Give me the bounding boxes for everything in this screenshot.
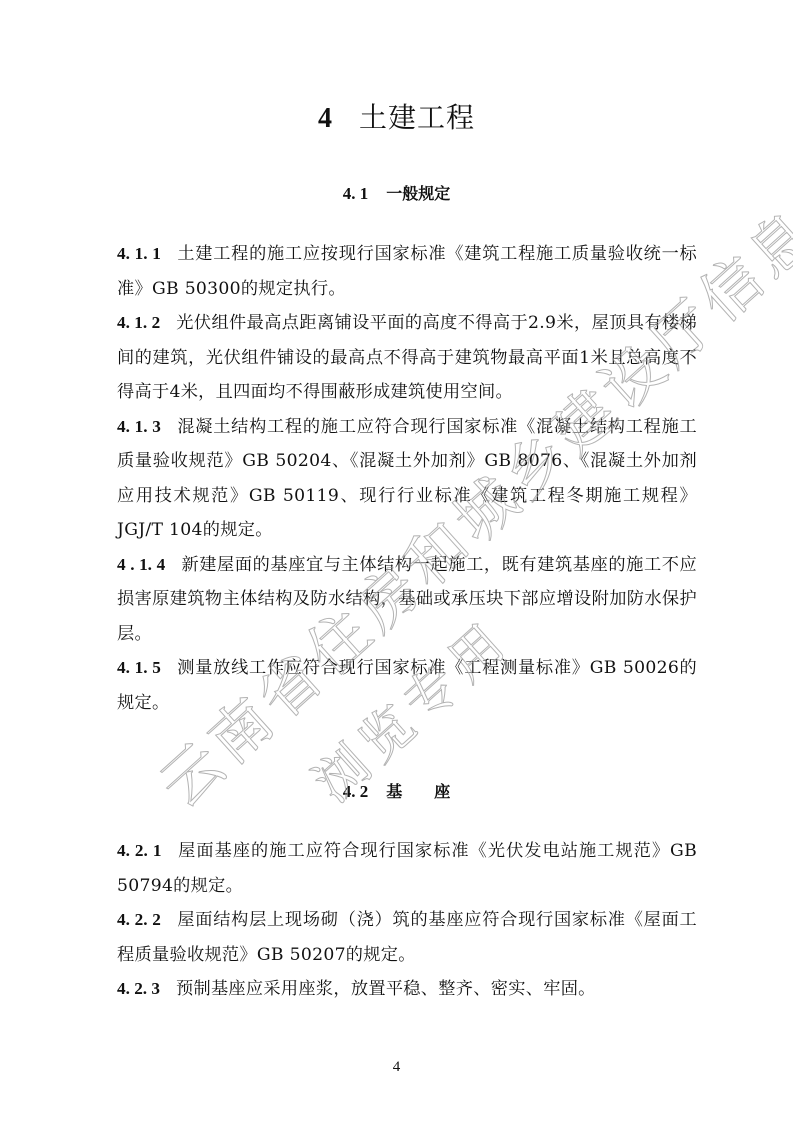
clause-4-2-2: 4. 2. 2屋面结构层上现场砌（浇）筑的基座应符合现行国家标准《屋面工程质量验… [117,903,697,972]
chapter-title: 土建工程 [359,101,475,134]
section-title: 基 座 [386,782,450,801]
section-4-1-body: 4. 1. 1土建工程的施工应按现行国家标准《建筑工程施工质量验收统一标准》GB… [117,237,697,720]
section-number: 4. 1 [343,184,369,203]
section-heading-4-1: 4. 1一般规定 [0,181,793,204]
clause-text: 光伏组件最高点距离铺设平面的高度不得高于2.9米，屋顶具有楼梯间的建筑，光伏组件… [117,313,697,402]
clause-number: 4. 2. 2 [117,910,161,929]
section-number: 4. 2 [343,782,369,801]
clause-text: 屋面基座的施工应符合现行国家标准《光伏发电站施工规范》GB 50794的规定。 [117,841,697,896]
clause-text: 测量放线工作应符合现行国家标准《工程测量标准》GB 50026的规定。 [117,658,697,713]
clause-number: 4. 1. 5 [117,658,161,677]
clause-text: 新建屋面的基座宜与主体结构一起施工，既有建筑基座的施工不应损害原建筑物主体结构及… [117,555,697,644]
section-4-2-body: 4. 2. 1屋面基座的施工应符合现行国家标准《光伏发电站施工规范》GB 507… [117,834,697,1007]
clause-4-1-5: 4. 1. 5测量放线工作应符合现行国家标准《工程测量标准》GB 50026的规… [117,651,697,720]
clause-number: 4 . 1. 4 [117,555,165,574]
chapter-number: 4 [318,103,333,134]
section-heading-4-2: 4. 2基 座 [0,779,793,802]
document-page: 4土建工程 4. 1一般规定 4. 1. 1土建工程的施工应按现行国家标准《建筑… [0,0,793,1122]
clause-number: 4. 2. 3 [117,979,160,998]
clause-text: 预制基座应采用座浆，放置平稳、整齐、密实、牢固。 [176,979,596,999]
page-number: 4 [0,1059,793,1076]
clause-number: 4. 1. 1 [117,244,161,263]
clause-4-1-2: 4. 1. 2光伏组件最高点距离铺设平面的高度不得高于2.9米，屋顶具有楼梯间的… [117,306,697,410]
clause-4-2-3: 4. 2. 3预制基座应采用座浆，放置平稳、整齐、密实、牢固。 [117,972,697,1007]
clause-text: 屋面结构层上现场砌（浇）筑的基座应符合现行国家标准《屋面工程质量验收规范》GB … [117,910,697,965]
clause-text: 土建工程的施工应按现行国家标准《建筑工程施工质量验收统一标准》GB 50300的… [117,244,697,299]
clause-number: 4. 1. 2 [117,313,160,332]
section-title: 一般规定 [386,184,450,203]
clause-4-2-1: 4. 2. 1屋面基座的施工应符合现行国家标准《光伏发电站施工规范》GB 507… [117,834,697,903]
chapter-heading: 4土建工程 [0,96,793,136]
clause-text: 混凝土结构工程的施工应符合现行国家标准《混凝土结构工程施工质量验收规范》GB 5… [117,417,697,541]
clause-number: 4. 2. 1 [117,841,161,860]
clause-number: 4. 1. 3 [117,417,161,436]
clause-4-1-3: 4. 1. 3混凝土结构工程的施工应符合现行国家标准《混凝土结构工程施工质量验收… [117,410,697,548]
clause-4-1-1: 4. 1. 1土建工程的施工应按现行国家标准《建筑工程施工质量验收统一标准》GB… [117,237,697,306]
clause-4-1-4: 4 . 1. 4新建屋面的基座宜与主体结构一起施工，既有建筑基座的施工不应损害原… [117,548,697,652]
